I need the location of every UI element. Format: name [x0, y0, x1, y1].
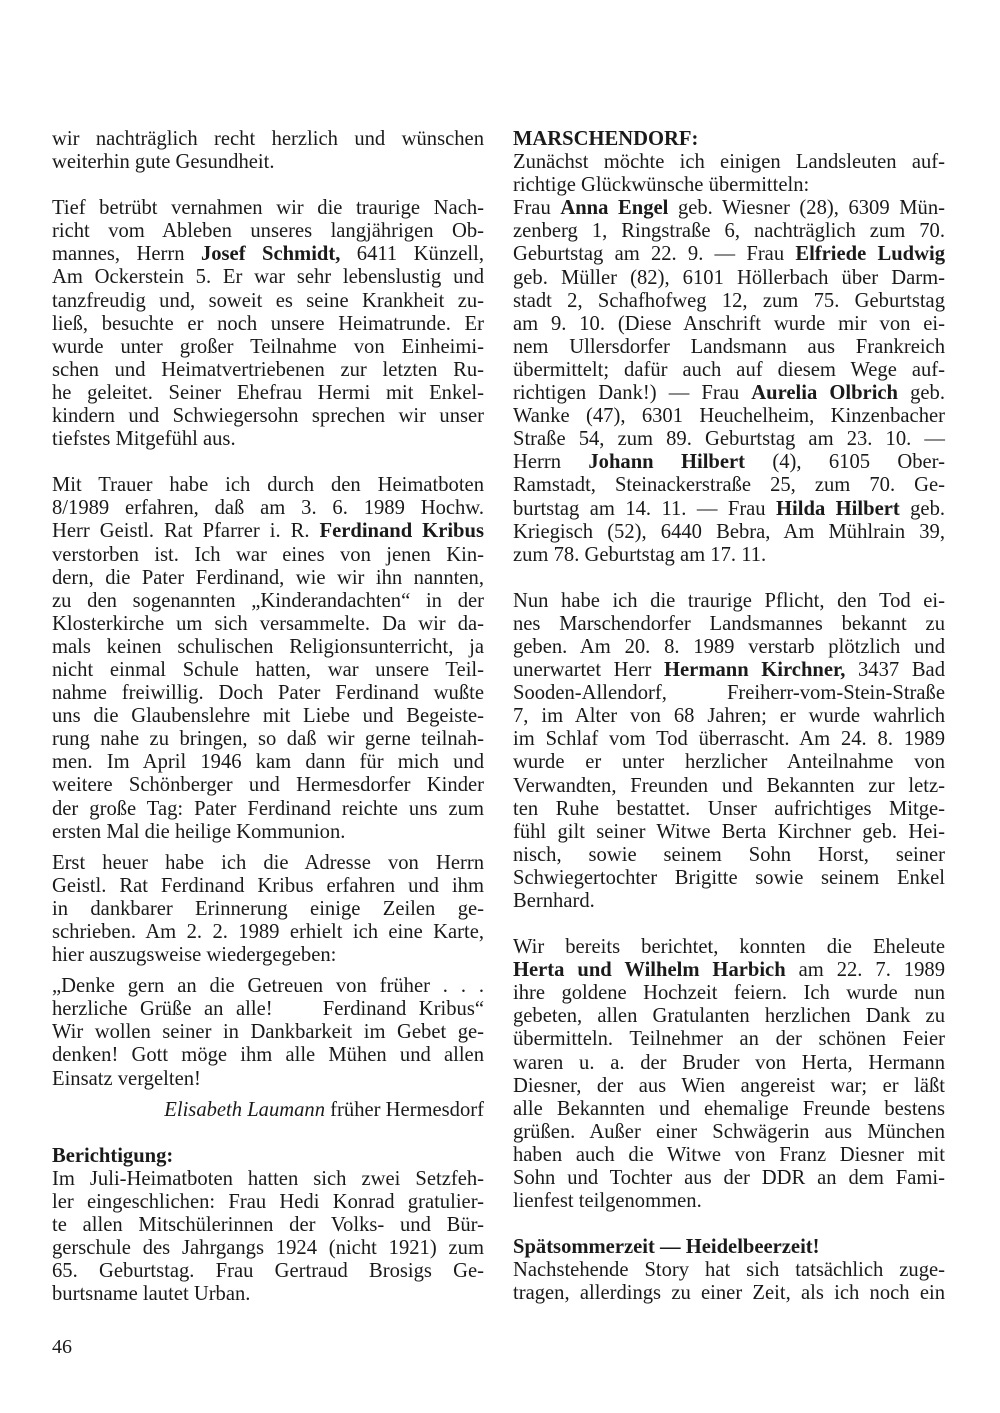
text-run: (4), 6105 Ober- — [745, 451, 945, 473]
text-line: Herrn Johann Hilbert (4), 6105 Ober- — [513, 451, 945, 474]
text-line: richtige Glückwünsche übermitteln: — [513, 174, 945, 197]
text-line: am 9. 10. (Diese Anschrift wurde mir von… — [513, 313, 945, 336]
text-line: zu den sogenannten „Kinderandachten“ in … — [52, 590, 484, 613]
bold-name: Aurelia Olbrich — [751, 382, 898, 404]
paragraph-card-quote: „Denke gern an die Getreuen von früher .… — [52, 975, 484, 1090]
text-line: kindern und Schwiegersohn sprechen wir u… — [52, 405, 484, 428]
bold-name: Elfriede Ludwig — [795, 243, 945, 265]
text-line: ersten Mal die heilige Kommunion. — [52, 821, 484, 844]
text-run: geb. Wiesner (28), 6309 Mün- — [668, 197, 945, 219]
text-run: Herrn — [513, 451, 588, 473]
text-line: Im Juli-Heimatboten hatten sich zwei Set… — [52, 1168, 484, 1191]
text-run: Herr Geistl. Rat Pfarrer i. R. — [52, 520, 320, 542]
bold-name-josef-schmidt: Josef Schmidt, — [201, 243, 340, 265]
text-line: Ramstadt, Steinackerstraße 25, zum 70. G… — [513, 474, 945, 497]
text-line: men. Im April 1946 kam dann für mich und — [52, 751, 484, 774]
text-line: geben. Am 20. 8. 1989 verstarb plötzlich… — [513, 636, 945, 659]
text-line: nahme freiwillig. Doch Pater Ferdinand w… — [52, 682, 484, 705]
text-line: 65. Geburtstag. Frau Gertraud Brosigs Ge… — [52, 1260, 484, 1283]
text-line: unerwartet Herr Hermann Kirchner, 3437 B… — [513, 659, 945, 682]
text-run: unerwartet Herr — [513, 659, 664, 681]
text-line: zenberg 1, Ringstraße 6, nachträglich zu… — [513, 220, 945, 243]
text-line: Bernhard. — [513, 890, 945, 913]
paragraph-kribus-obituary: Mit Trauer habe ich durch den Heimatbote… — [52, 474, 484, 844]
text-line: rung nahe zu bringen, so daß wir gerne t… — [52, 728, 484, 751]
paragraph-address: Erst heuer habe ich die Adresse von Herr… — [52, 852, 484, 967]
text-line: gebeten, allen Gratulanten herzlichen Da… — [513, 1005, 945, 1028]
text-line: 8/1989 erfahren, daß am 3. 6. 1989 Hochw… — [52, 497, 484, 520]
text-line: weiterhin gute Gesundheit. — [52, 151, 484, 174]
text-line: Wir bereits berichtet, konnten die Ehele… — [513, 936, 945, 959]
right-column: MARSCHENDORF: Zunächst möchte ich einige… — [513, 128, 945, 1329]
text-line: hier auszugsweise wiedergegeben: — [52, 944, 484, 967]
text-line: Straße 54, zum 89. Geburtstag am 23. 10.… — [513, 428, 945, 451]
text-line: ler eingeschlichen: Frau Hedi Konrad gra… — [52, 1191, 484, 1214]
text-run: geb. — [900, 498, 945, 520]
text-line: ihre goldene Hochzeit feiern. Ich wurde … — [513, 982, 945, 1005]
text-line: schen und Heimatvertriebenen zur letzten… — [52, 359, 484, 382]
left-column: wir nachträglich recht herzlich und wüns… — [52, 128, 484, 1329]
text-line: Einsatz vergelten! — [52, 1068, 484, 1091]
text-line: Sohn und Tochter aus der DDR an dem Fami… — [513, 1167, 945, 1190]
text-line: Geistl. Rat Ferdinand Kribus erfahren un… — [52, 875, 484, 898]
text-line: Wir wollen seiner in Dankbarkeit im Gebe… — [52, 1021, 484, 1044]
text-line: burtstag am 14. 11. — Frau Hilda Hilbert… — [513, 498, 945, 521]
text-line: „Denke gern an die Getreuen von früher .… — [52, 975, 484, 998]
text-line: wir nachträglich recht herzlich und wüns… — [52, 128, 484, 151]
text-run: 3437 Bad — [845, 659, 945, 681]
text-line: richt vom Ableben unseres langjährigen O… — [52, 220, 484, 243]
text-line: nem Ullersdorfer Landsmann aus Frankreic… — [513, 336, 945, 359]
bold-name-ferdinand-kribus: Ferdinand Kribus — [320, 520, 484, 542]
text-line: Mit Trauer habe ich durch den Heimatbote… — [52, 474, 484, 497]
section-heading: Spätsommerzeit — Heidelbeerzeit! — [513, 1236, 945, 1259]
text-line: zum 78. Geburtstag am 17. 11. — [513, 544, 945, 567]
text-line: Sooden-Allendorf, Freiherr-vom-Stein-Str… — [513, 682, 945, 705]
text-line: waren u. a. der Bruder von Herta, Herman… — [513, 1052, 945, 1075]
text-line: tanzfreudig und, soweit es seine Krankhe… — [52, 290, 484, 313]
text-run: richtigen Dank!) — Frau — [513, 382, 751, 404]
page-number: 46 — [52, 1336, 72, 1359]
section-heidelbeerzeit: Spätsommerzeit — Heidelbeerzeit! Nachste… — [513, 1236, 945, 1305]
text-line: ten Ruhe bestattet. Unser aufrichtiges M… — [513, 798, 945, 821]
text-line: ließ, besuchte er noch unsere Heimatrund… — [52, 313, 484, 336]
text-run: geb. — [898, 382, 945, 404]
text-line: burtsname lautet Urban. — [52, 1283, 484, 1306]
text-line: Nun habe ich die traurige Pflicht, den T… — [513, 590, 945, 613]
text-line: dern, die Pater Ferdinand, wie wir ihn n… — [52, 567, 484, 590]
text-line: haben auch die Witwe von Franz Diesner m… — [513, 1144, 945, 1167]
text-line: Am Ockerstein 5. Er war sehr lebenslusti… — [52, 266, 484, 289]
text-line: weitere Schönberger und Hermesdorfer Kin… — [52, 774, 484, 797]
author-origin: früher Hermesdorf — [325, 1099, 484, 1121]
text-line: nicht einmal Schule hatten, war unsere T… — [52, 659, 484, 682]
text-line: Erst heuer habe ich die Adresse von Herr… — [52, 852, 484, 875]
text-line: wurde er unter herzlicher Anteilnahme vo… — [513, 751, 945, 774]
text-line: herzliche Grüße an alle! Ferdinand Kribu… — [52, 998, 484, 1021]
section-heading: Berichtigung: — [52, 1145, 484, 1168]
text-line: in dankbarer Erinnerung einige Zeilen ge… — [52, 898, 484, 921]
bold-name: Herta und Wilhelm Harbich — [513, 959, 786, 981]
paragraph-kirchner-obituary: Nun habe ich die traurige Pflicht, den T… — [513, 590, 945, 913]
text-line: 7, im Alter von 68 Jahren; er wurde wahr… — [513, 705, 945, 728]
text-line: he geleitet. Seiner Ehefrau Hermi mit En… — [52, 382, 484, 405]
paragraph-harbich-anniversary: Wir bereits berichtet, konnten die Ehele… — [513, 936, 945, 1213]
text-line: richtigen Dank!) — Frau Aurelia Olbrich … — [513, 382, 945, 405]
bold-name: Hilda Hilbert — [776, 498, 900, 520]
section-heading: MARSCHENDORF: — [513, 128, 945, 151]
section-berichtigung: Berichtigung: Im Juli-Heimatboten hatten… — [52, 1145, 484, 1307]
text-line: Geburtstag am 22. 9. — Frau Elfriede Lud… — [513, 243, 945, 266]
text-line: tiefstes Mitgefühl aus. — [52, 428, 484, 451]
text-line: grüßen. Außer einer Schwägerin aus Münch… — [513, 1121, 945, 1144]
text-line: nisch, sowie seinem Sohn Horst, seiner — [513, 844, 945, 867]
text-line: schrieben. Am 2. 2. 1989 erhielt ich ein… — [52, 921, 484, 944]
text-line: Klosterkirche um sich versammelte. Da wi… — [52, 613, 484, 636]
text-line: uns die Glaubenslehre mit Liebe und Bege… — [52, 705, 484, 728]
bold-name: Hermann Kirchner, — [664, 659, 845, 681]
text-line: stadt 2, Schafhofweg 12, zum 75. Geburts… — [513, 290, 945, 313]
text-line: Verwandten, Freunden und Bekannten zur l… — [513, 775, 945, 798]
text-line: alle Bekannten und ehemalige Freunde bes… — [513, 1098, 945, 1121]
text-line: mannes, Herrn Josef Schmidt, 6411 Künzel… — [52, 243, 484, 266]
text-line: Diesner, der aus Wien angereist war; er … — [513, 1075, 945, 1098]
bold-name: Anna Engel — [560, 197, 668, 219]
text-line: Zunächst möchte ich einigen Landsleuten … — [513, 151, 945, 174]
text-line: wurde unter großer Teilnahme von Einheim… — [52, 336, 484, 359]
text-run: mannes, Herrn — [52, 243, 201, 265]
text-line: mals keinen schulischen Religionsunterri… — [52, 636, 484, 659]
paragraph-schmidt-obituary: Tief betrübt vernahmen wir die traurige … — [52, 197, 484, 451]
author-name: Elisabeth Laumann — [164, 1099, 325, 1121]
text-line: verstorben ist. Ich war eines von jenen … — [52, 544, 484, 567]
text-line: übermittelt; dafür auch auf diesem Wege … — [513, 359, 945, 382]
text-line: lienfest teilgenommen. — [513, 1190, 945, 1213]
text-line: Schwiegertochter Brigitte sowie seinem E… — [513, 867, 945, 890]
text-line: denken! Gott möge ihm alle Mühen und all… — [52, 1044, 484, 1067]
paragraph-wishes: wir nachträglich recht herzlich und wüns… — [52, 128, 484, 174]
text-line: gerschule des Jahrgangs 1924 (nicht 1921… — [52, 1237, 484, 1260]
section-marschendorf: MARSCHENDORF: Zunächst möchte ich einige… — [513, 128, 945, 567]
text-line: Herr Geistl. Rat Pfarrer i. R. Ferdinand… — [52, 520, 484, 543]
text-line: Frau Anna Engel geb. Wiesner (28), 6309 … — [513, 197, 945, 220]
text-line: tragen, allerdings zu einer Zeit, als ic… — [513, 1282, 945, 1305]
text-line: te allen Mitschülerinnen der Volks- und … — [52, 1214, 484, 1237]
text-line: nes Marschendorfer Landsmannes bekannt z… — [513, 613, 945, 636]
text-line: der große Tag: Pater Ferdinand reichte u… — [52, 798, 484, 821]
text-line: im Schlaf vom Tod überrascht. Am 24. 8. … — [513, 728, 945, 751]
text-line: Herta und Wilhelm Harbich am 22. 7. 1989 — [513, 959, 945, 982]
text-line: übermitteln. Teilnehmer an der schönen F… — [513, 1028, 945, 1051]
text-line: Wanke (47), 6301 Heuchelheim, Kinzenbach… — [513, 405, 945, 428]
text-run: Frau — [513, 197, 560, 219]
text-line: geb. Müller (82), 6101 Höllerbach über D… — [513, 267, 945, 290]
text-run: am 22. 7. 1989 — [786, 959, 945, 981]
text-run: Geburtstag am 22. 9. — Frau — [513, 243, 795, 265]
text-run: burtstag am 14. 11. — Frau — [513, 498, 776, 520]
bold-name: Johann Hilbert — [588, 451, 745, 473]
text-line: Nachstehende Story hat sich tatsächlich … — [513, 1259, 945, 1282]
text-line: Kriegisch (52), 6440 Bebra, Am Mühlrain … — [513, 521, 945, 544]
author-signature: Elisabeth Laumann früher Hermesdorf — [52, 1099, 484, 1122]
text-line: fühl gilt seiner Witwe Berta Kirchner ge… — [513, 821, 945, 844]
text-run: 6411 Künzell, — [340, 243, 484, 265]
text-line: Tief betrübt vernahmen wir die traurige … — [52, 197, 484, 220]
